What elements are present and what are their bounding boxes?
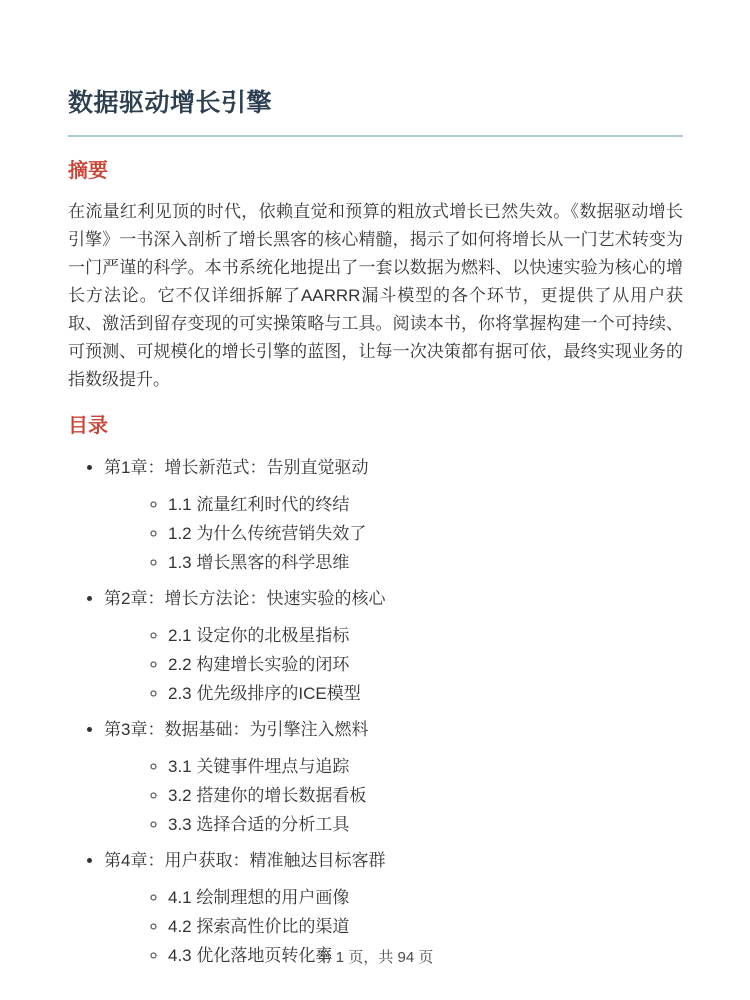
abstract-paragraph: 在流量红利见顶的时代，依赖直觉和预算的粗放式增长已然失效。《数据驱动增长引擎》一… — [68, 198, 683, 394]
page-title: 数据驱动增长引擎 — [68, 88, 683, 137]
toc-section-item: 2.2 构建增长实验的闭环 — [168, 650, 683, 679]
toc-section-item: 3.1 关键事件埋点与追踪 — [168, 752, 683, 781]
abstract-heading: 摘要 — [68, 159, 683, 183]
toc-chapter-item: 第1章：增长新范式：告别直觉驱动 1.1 流量红利时代的终结 1.2 为什么传统… — [104, 454, 683, 577]
toc-section-item: 2.1 设定你的北极星指标 — [168, 621, 683, 650]
document-page: 数据驱动增长引擎 摘要 在流量红利见顶的时代，依赖直觉和预算的粗放式增长已然失效… — [0, 0, 750, 970]
toc-section-item: 4.1 绘制理想的用户画像 — [168, 883, 683, 912]
toc-section-item: 3.2 搭建你的增长数据看板 — [168, 781, 683, 810]
toc-sublist: 3.1 关键事件埋点与追踪 3.2 搭建你的增长数据看板 3.3 选择合适的分析… — [104, 752, 683, 839]
toc-chapter-title: 第2章：增长方法论：快速实验的核心 — [104, 589, 385, 608]
toc-list: 第1章：增长新范式：告别直觉驱动 1.1 流量红利时代的终结 1.2 为什么传统… — [68, 454, 683, 970]
toc-chapter-item: 第2章：增长方法论：快速实验的核心 2.1 设定你的北极星指标 2.2 构建增长… — [104, 585, 683, 708]
toc-section-item: 4.2 探索高性价比的渠道 — [168, 912, 683, 941]
toc-sublist: 1.1 流量红利时代的终结 1.2 为什么传统营销失效了 1.3 增长黑客的科学… — [104, 490, 683, 577]
toc-section-item: 1.3 增长黑客的科学思维 — [168, 548, 683, 577]
toc-section-item: 2.3 优先级排序的ICE模型 — [168, 679, 683, 708]
toc-chapter-title: 第3章：数据基础：为引擎注入燃料 — [104, 720, 368, 739]
toc-chapter-title: 第4章：用户获取：精准触达目标客群 — [104, 851, 385, 870]
toc-sublist: 2.1 设定你的北极星指标 2.2 构建增长实验的闭环 2.3 优先级排序的IC… — [104, 621, 683, 708]
toc-section-item: 1.1 流量红利时代的终结 — [168, 490, 683, 519]
toc-section-item: 1.2 为什么传统营销失效了 — [168, 519, 683, 548]
toc-chapter-title: 第1章：增长新范式：告别直觉驱动 — [104, 458, 368, 477]
toc-chapter-item: 第3章：数据基础：为引擎注入燃料 3.1 关键事件埋点与追踪 3.2 搭建你的增… — [104, 716, 683, 839]
page-footer: 第 1 页，共 94 页 — [0, 946, 750, 967]
toc-section-item: 3.3 选择合适的分析工具 — [168, 810, 683, 839]
toc-heading: 目录 — [68, 414, 683, 438]
